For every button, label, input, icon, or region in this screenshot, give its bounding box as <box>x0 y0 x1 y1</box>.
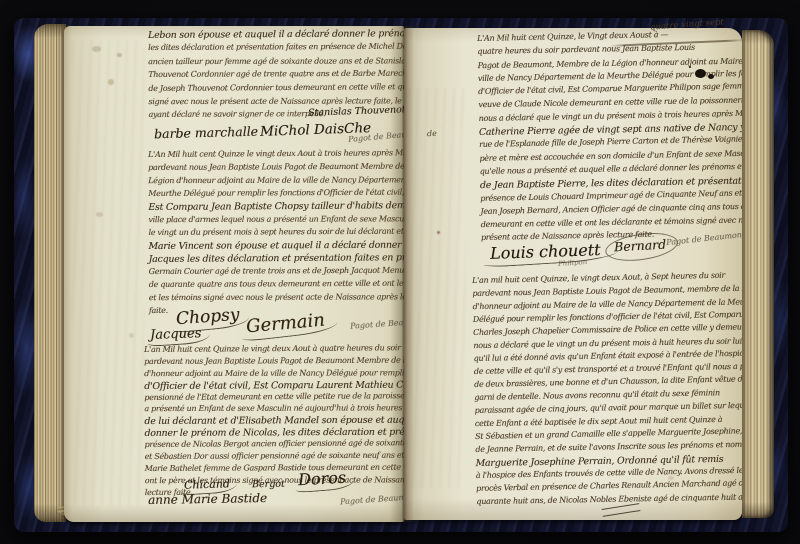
signature-barbe-marchalle: barbe marchalle <box>154 124 258 142</box>
handwritten-line: le vingt un du présent mois à sept heure… <box>148 226 404 241</box>
record-entry-nicolas-chicand: L'an Mil huit cent Quinze le vingt deux … <box>144 343 404 499</box>
handwritten-line: présence de Nicolas Bergot ancien offici… <box>144 438 404 452</box>
page-edges-right <box>742 30 774 518</box>
handwritten-line: d'honneur adjoint au Maire de la ville d… <box>144 368 404 381</box>
handwritten-line: Germain Courier agé de trente trois ans … <box>149 265 404 280</box>
handwritten-line: pardevant nous Jean Baptiste Louis Pagot… <box>148 161 404 176</box>
handwritten-line: L'An Mil huit cent Quinze le vingt deux … <box>148 148 404 163</box>
handwritten-line: a présenté un Enfant de sexe Masculin né… <box>144 403 404 416</box>
handwritten-line: ancien tailleur pour femme agé de soixan… <box>148 56 404 70</box>
signature-chicand: Chicand <box>184 477 230 492</box>
signature-jacques: Jacques <box>150 326 202 343</box>
signature-philipon-faint: Philipon <box>558 258 588 268</box>
handwritten-line: Jacques les dites déclaration et présent… <box>149 252 404 267</box>
ink-bleedthrough <box>72 40 144 506</box>
ink-blot-large <box>695 69 706 78</box>
handwritten-line: Thouvenot Cordonnier agé de trente quatr… <box>148 69 404 84</box>
right-page: L'An Mil huit cent Quinze, le Vingt deux… <box>404 28 742 520</box>
handwritten-line: de quarante quatre ans tous deux demeura… <box>149 278 404 293</box>
record-entry-marguerite-josephine-perrain: L'an mil huit cent Quinze, le vingt deux… <box>472 269 742 510</box>
handwritten-line: Légion d'honneur adjoint au Maire de la … <box>148 175 404 189</box>
signature-pagot-2: Pagot de Beaumont <box>350 316 404 331</box>
ink-blot-small <box>708 74 714 79</box>
handwritten-line: Marie Bathelet femme de Gaspard Bastide … <box>145 462 404 476</box>
signature-bernard: Bernard <box>614 237 667 255</box>
ink-speck <box>689 66 691 68</box>
handwritten-line: Lebon son épouse et auquel il a déclaré … <box>148 28 404 44</box>
register-book-photo: Lebon son épouse et auquel il a déclaré … <box>0 0 800 544</box>
handwritten-line: pardevant nous Jean Baptiste Louis Pagot… <box>144 355 404 369</box>
handwritten-line: pensionné de l'Etat demeurant en cette v… <box>144 390 404 404</box>
left-page: Lebon son épouse et auquel il a déclaré … <box>64 26 404 522</box>
signature-chopsy: Chopsy <box>175 305 240 329</box>
handwritten-line: ville place d'armes lequel nous a présen… <box>148 214 404 228</box>
margin-note-de: de <box>427 129 437 139</box>
signature-anne-marie-bastide: anne Marie Bastide <box>148 491 267 507</box>
record-entry-jean-baptiste-pierre: L'An Mil huit cent Quinze, le Vingt deux… <box>477 28 742 247</box>
page-edges-left <box>34 24 66 522</box>
handwritten-line: les dites déclaration et présentation fa… <box>148 42 404 57</box>
ink-bleedthrough <box>408 88 466 488</box>
handwritten-line: Est Comparu Jean Baptiste Chopsy tailleu… <box>148 200 404 215</box>
signature-bergot: Bergot <box>252 479 285 491</box>
handwritten-line: L'an Mil huit cent Quinze le vingt deux … <box>144 343 404 357</box>
signature-doros: Doros <box>298 468 347 489</box>
record-entry-jacques-chopsy: L'An Mil huit cent Quinze le vingt deux … <box>148 148 404 319</box>
handwritten-line: de Joseph Thouvenot Cordonnier tous deme… <box>148 81 404 97</box>
